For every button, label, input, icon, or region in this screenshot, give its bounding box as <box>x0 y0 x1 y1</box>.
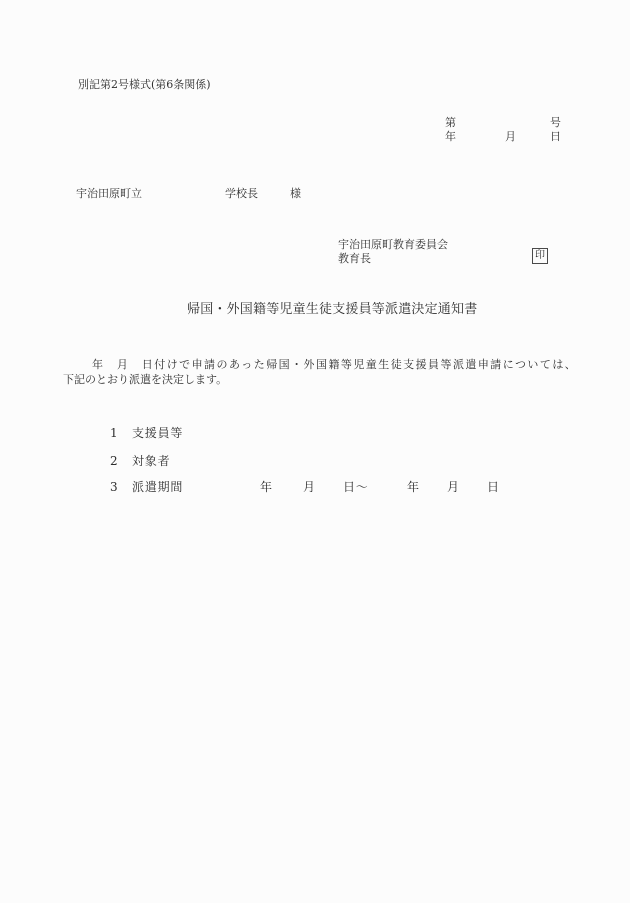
sender-organization: 宇治田原町教育委員会 <box>338 238 448 251</box>
document-title: 帰国・外国籍等児童生徒支援員等派遣決定通知書 <box>187 302 477 318</box>
body-line-2: 下記のとおり派遣を決定します。 <box>63 373 227 386</box>
period-start-year-label: 年 <box>260 480 273 494</box>
period-end-year-label: 年 <box>407 480 420 494</box>
date-month-label: 月 <box>505 130 516 143</box>
doc-number-suffix: 号 <box>550 116 561 129</box>
sender-title: 教育長 <box>338 252 371 265</box>
addressee-principal: 学校長 <box>225 187 258 200</box>
addressee-municipality: 宇治田原町立 <box>76 187 142 200</box>
period-start-month-label: 月 <box>303 480 316 494</box>
item-3-label: 派遣期間 <box>132 480 183 494</box>
doc-number-prefix: 第 <box>445 116 456 129</box>
document-page: 別記第2号様式(第6条関係) 第 号 年 月 日 宇治田原町立 学校長 様 宇治… <box>0 0 630 903</box>
seal-mark: 印 <box>532 248 548 264</box>
body-line-1: 年 月 日付けで申請のあった帰国・外国籍等児童生徒支援員等派遣申請については、 <box>92 358 577 371</box>
period-start-day-label: 日～ <box>343 480 369 494</box>
period-end-day-label: 日 <box>487 480 500 494</box>
item-2-label: 対象者 <box>132 454 170 468</box>
item-1-number: 1 <box>110 426 118 440</box>
item-1-label: 支援員等 <box>132 426 183 440</box>
date-day-label: 日 <box>550 130 561 143</box>
date-year-label: 年 <box>445 130 456 143</box>
item-2-number: 2 <box>110 454 118 468</box>
item-3-number: 3 <box>110 480 118 494</box>
addressee-honorific: 様 <box>290 187 301 200</box>
period-end-month-label: 月 <box>447 480 460 494</box>
form-number-label: 別記第2号様式(第6条関係) <box>78 78 211 91</box>
